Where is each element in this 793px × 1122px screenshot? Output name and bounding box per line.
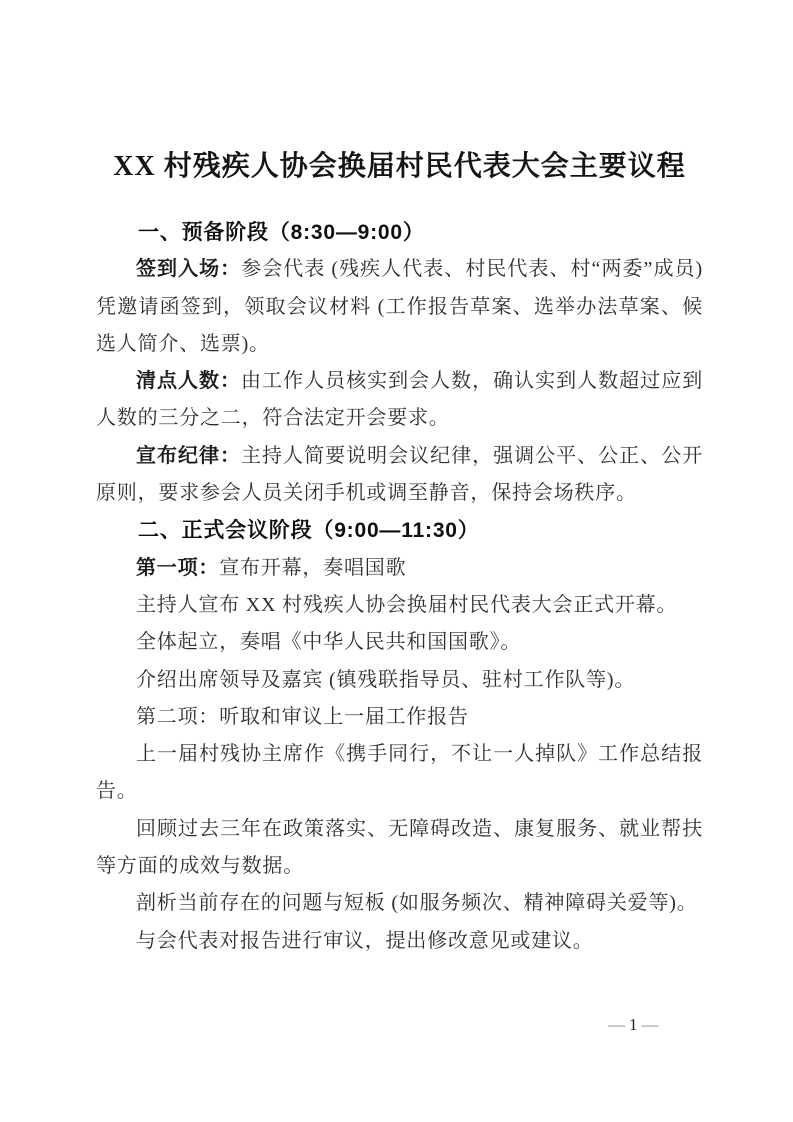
paragraph-text: 第二项：听取和审议上一届工作报告 bbox=[136, 706, 469, 728]
page-number: —1— bbox=[604, 1014, 663, 1036]
paragraph-label-headcount: 清点人数： bbox=[136, 370, 241, 392]
page-number-right-dash: — bbox=[638, 1015, 663, 1034]
paragraph-label-discipline: 宣布纪律： bbox=[136, 445, 241, 467]
paragraph-text: 宣布开幕，奏唱国歌 bbox=[219, 557, 406, 579]
paragraph-work-report: 上一届村残协主席作《携手同行，不让一人掉队》工作总结报告。 bbox=[96, 736, 703, 811]
paragraph-text: 与会代表对报告进行审议，提出修改意见或建议。 bbox=[136, 930, 594, 952]
paragraph-label-sign-in: 签到入场： bbox=[136, 258, 241, 280]
paragraph-label-item-one: 第一项： bbox=[136, 557, 219, 579]
paragraph-analyze-problems: 剖析当前存在的问题与短板 (如服务频次、精神障碍关爱等)。 bbox=[96, 885, 703, 922]
paragraph-headcount: 清点人数：由工作人员核实到会人数，确认实到人数超过应到人数的三分之二，符合法定开… bbox=[96, 363, 703, 438]
paragraph-text: 主持人宣布 XX 村残疾人协会换届村民代表大会正式开幕。 bbox=[136, 594, 677, 616]
paragraph-sign-in: 签到入场：参会代表 (残疾人代表、村民代表、村“两委”成员) 凭邀请函签到，领取… bbox=[96, 251, 703, 363]
paragraph-review-achievements: 回顾过去三年在政策落实、无障碍改造、康复服务、就业帮扶等方面的成效与数据。 bbox=[96, 811, 703, 886]
paragraph-text: 介绍出席领导及嘉宾 (镇残联指导员、驻村工作队等)。 bbox=[136, 669, 635, 691]
paragraph-discipline: 宣布纪律：主持人简要说明会议纪律，强调公平、公正、公开原则，要求参会人员关闭手机… bbox=[96, 438, 703, 513]
paragraph-deliberate-report: 与会代表对报告进行审议，提出修改意见或建议。 bbox=[96, 923, 703, 960]
paragraph-text: 剖析当前存在的问题与短板 (如服务频次、精神障碍关爱等)。 bbox=[136, 892, 698, 914]
section-heading-formal-meeting-stage: 二、正式会议阶段（9:00—11:30） bbox=[96, 512, 703, 549]
paragraph-opening-announcement: 主持人宣布 XX 村残疾人协会换届村民代表大会正式开幕。 bbox=[96, 587, 703, 624]
paragraph-item-one: 第一项：宣布开幕，奏唱国歌 bbox=[96, 550, 703, 587]
paragraph-national-anthem: 全体起立，奏唱《中华人民共和国国歌》。 bbox=[96, 624, 703, 661]
paragraph-introduce-guests: 介绍出席领导及嘉宾 (镇残联指导员、驻村工作队等)。 bbox=[96, 662, 703, 699]
paragraph-item-two: 第二项：听取和审议上一届工作报告 bbox=[96, 699, 703, 736]
document-title: XX 村残疾人协会换届村民代表大会主要议程 bbox=[96, 146, 703, 188]
paragraph-text: 全体起立，奏唱《中华人民共和国国歌》。 bbox=[136, 631, 521, 653]
page-number-value: 1 bbox=[629, 1015, 638, 1034]
document-page: XX 村残疾人协会换届村民代表大会主要议程 一、预备阶段（8:30—9:00） … bbox=[0, 0, 793, 1122]
section-heading-preparation-stage: 一、预备阶段（8:30—9:00） bbox=[96, 214, 703, 251]
paragraph-text: 回顾过去三年在政策落实、无障碍改造、康复服务、就业帮扶等方面的成效与数据。 bbox=[96, 818, 703, 877]
document-body: 一、预备阶段（8:30—9:00） 签到入场：参会代表 (残疾人代表、村民代表、… bbox=[96, 214, 703, 960]
paragraph-text: 上一届村残协主席作《携手同行，不让一人掉队》工作总结报告。 bbox=[96, 743, 703, 802]
page-number-left-dash: — bbox=[604, 1015, 629, 1034]
